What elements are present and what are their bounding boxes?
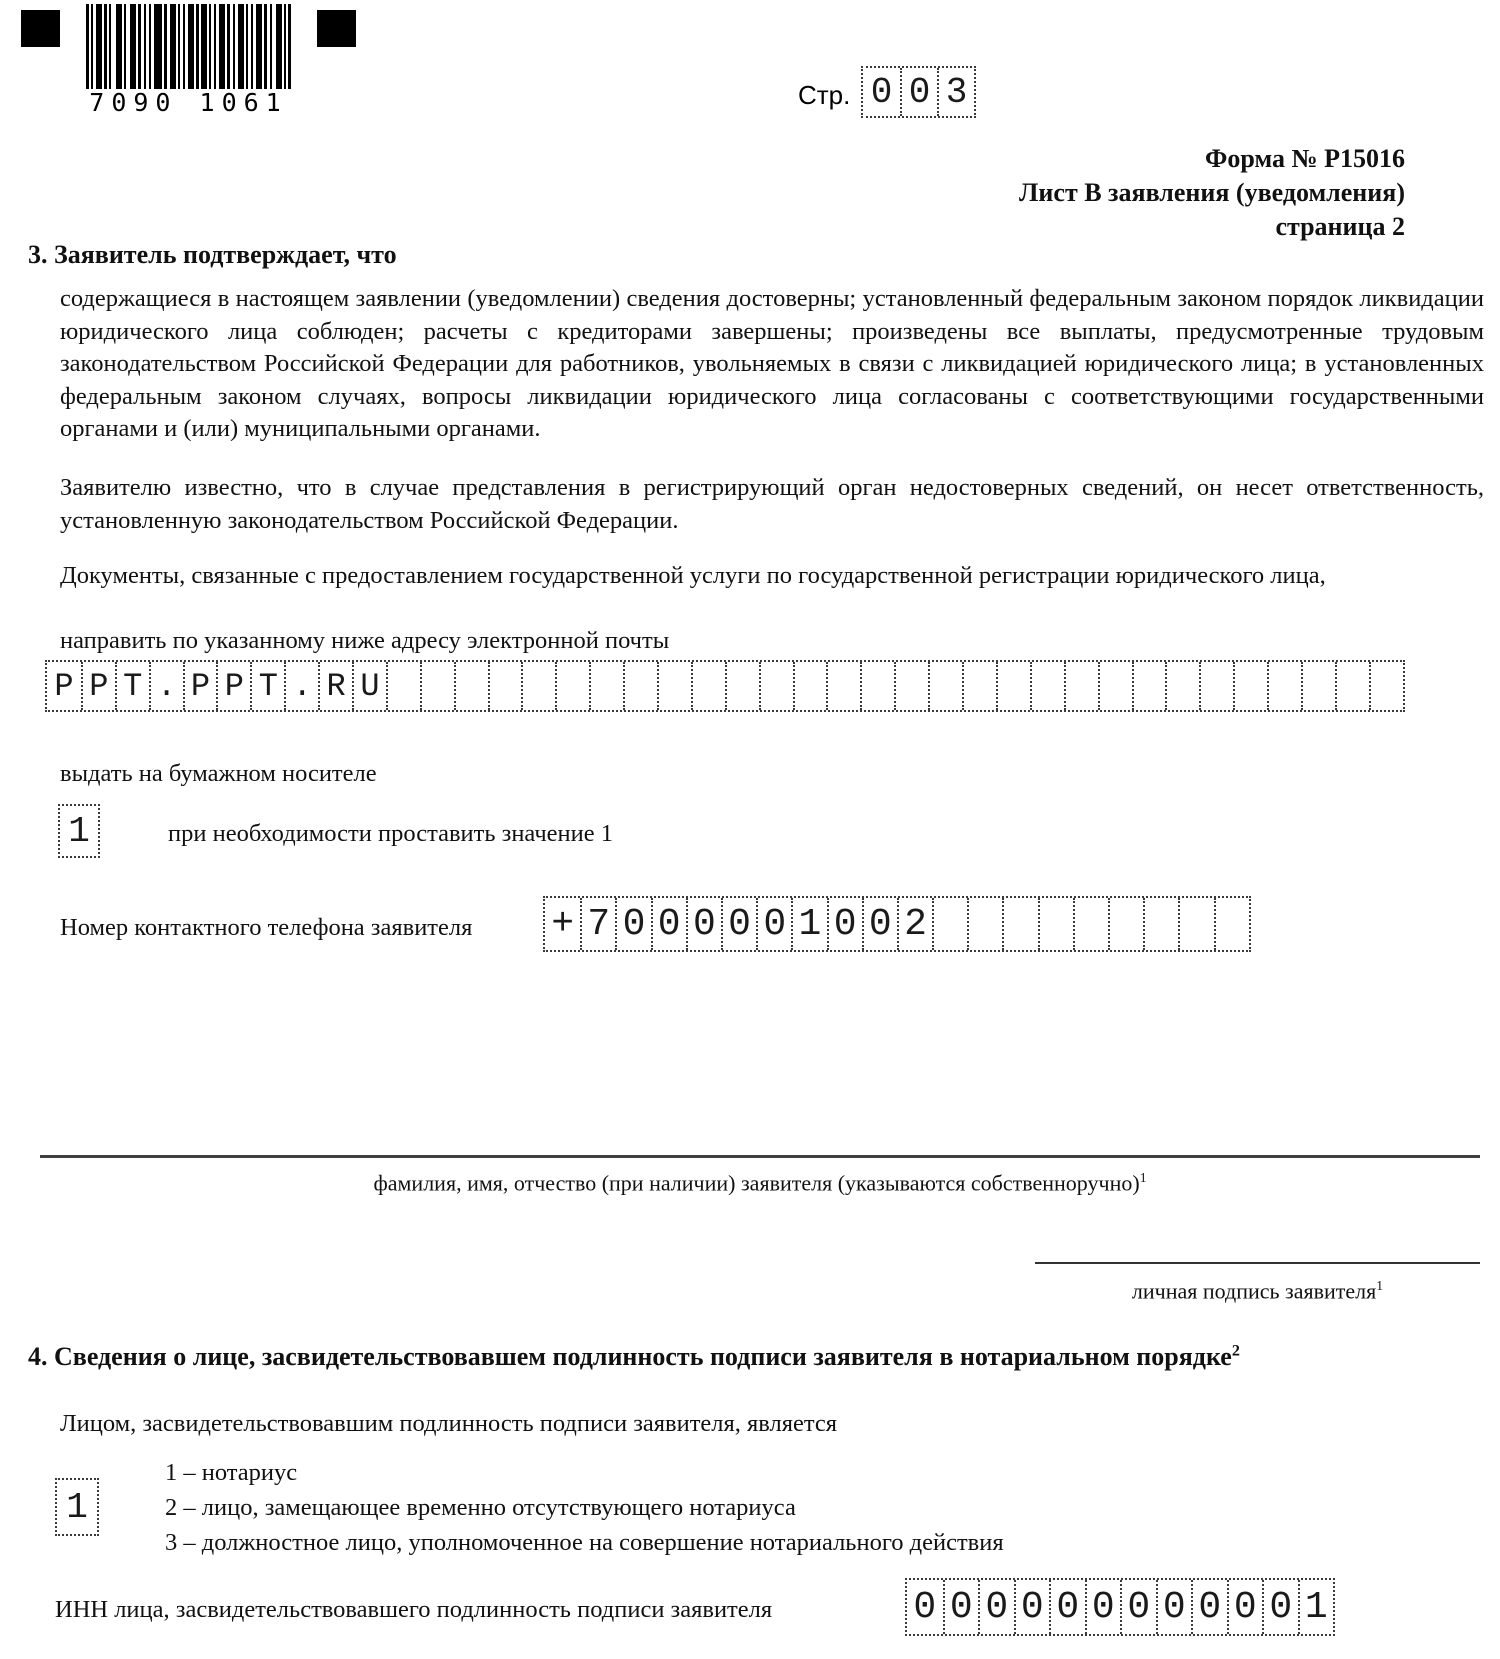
- char-cell: 0: [615, 898, 650, 950]
- char-cell: [555, 662, 589, 710]
- char-cell: [1199, 662, 1233, 710]
- section3-paragraph-1: содержащиеся в настоящем заявлении (увед…: [60, 283, 1484, 446]
- paper-copy-hint: при необходимости проставить значение 1: [168, 818, 613, 851]
- char-cell: 0: [900, 68, 937, 116]
- char-cell: [691, 662, 725, 710]
- char-cell: [623, 662, 657, 710]
- char-cell: 0: [1085, 1580, 1121, 1634]
- char-cell: 0: [1227, 1580, 1263, 1634]
- paper-copy-label: выдать на бумажном носителе: [60, 758, 377, 791]
- char-cell: [1073, 898, 1108, 950]
- fio-line: [40, 1155, 1480, 1158]
- char-cell: 7: [580, 898, 615, 950]
- char-cell: [962, 662, 996, 710]
- char-cell: [759, 662, 793, 710]
- barcode-graphic: [86, 4, 291, 94]
- fio-caption: фамилия, имя, отчество (при наличии) зая…: [40, 1170, 1480, 1196]
- char-cell: 0: [863, 68, 900, 116]
- char-cell: [996, 662, 1030, 710]
- char-cell: 0: [862, 898, 897, 950]
- char-cell: [1214, 898, 1249, 950]
- char-cell: 0: [943, 1580, 979, 1634]
- phone-label: Номер контактного телефона заявителя: [60, 912, 472, 945]
- char-cell: 0: [1049, 1580, 1085, 1634]
- char-cell: [1098, 662, 1132, 710]
- char-cell: 0: [721, 898, 756, 950]
- footnote-marker: 1: [1376, 1278, 1383, 1293]
- certifier-options: 1 – нотариус 2 – лицо, замещающее времен…: [165, 1455, 1004, 1560]
- char-cell: 1: [57, 1480, 97, 1534]
- char-cell: [1267, 662, 1301, 710]
- char-cell: [1038, 898, 1073, 950]
- char-cell: 0: [756, 898, 791, 950]
- inn-field: 000000000001: [905, 1578, 1335, 1636]
- char-cell: 0: [1014, 1580, 1050, 1634]
- char-cell: 0: [1120, 1580, 1156, 1634]
- footnote-marker: 2: [1232, 1342, 1240, 1359]
- char-cell: 2: [897, 898, 932, 950]
- char-cell: 0: [686, 898, 721, 950]
- footnote-marker: 1: [1140, 1170, 1147, 1185]
- paper-copy-field: 1: [58, 804, 100, 858]
- char-cell: 3: [937, 68, 974, 116]
- barcode-number: 7090 1061: [70, 88, 307, 117]
- form-page-subtitle: страница 2: [1019, 210, 1405, 244]
- email-field: PPT.PPT.RU: [45, 660, 1405, 712]
- signature-caption: личная подпись заявителя1: [1035, 1278, 1480, 1304]
- char-cell: 0: [1156, 1580, 1192, 1634]
- char-cell: 0: [827, 898, 862, 950]
- char-cell: +: [545, 898, 580, 950]
- certifier-option-1: 1 – нотариус: [165, 1455, 1004, 1490]
- char-cell: T: [250, 662, 284, 710]
- char-cell: [928, 662, 962, 710]
- char-cell: 1: [1298, 1580, 1334, 1634]
- char-cell: [793, 662, 827, 710]
- char-cell: [932, 898, 967, 950]
- char-cell: [386, 662, 420, 710]
- page-number-cells: 003: [861, 66, 976, 118]
- char-cell: .: [149, 662, 183, 710]
- section3-paragraph-3: Документы, связанные с предоставлением г…: [60, 560, 1484, 593]
- certifier-option-3: 3 – должностное лицо, уполномоченное на …: [165, 1525, 1004, 1560]
- char-cell: T: [115, 662, 149, 710]
- char-cell: [1369, 662, 1403, 710]
- char-cell: [420, 662, 454, 710]
- section3-title: 3. Заявитель подтверждает, что: [28, 240, 397, 270]
- char-cell: [826, 662, 860, 710]
- char-cell: [1301, 662, 1335, 710]
- char-cell: [657, 662, 691, 710]
- corner-square-right: [317, 10, 356, 47]
- char-cell: U: [352, 662, 386, 710]
- section3-paragraph-2: Заявителю известно, что в случае предста…: [60, 472, 1484, 537]
- form-page: 7090 1061 Стр. 003 Форма № Р15016 Лист В…: [0, 0, 1500, 1659]
- page-label: Стр.: [798, 80, 850, 111]
- char-cell: [454, 662, 488, 710]
- char-cell: [488, 662, 522, 710]
- char-cell: [1165, 662, 1199, 710]
- inn-label: ИНН лица, засвидетельствовавшего подлинн…: [55, 1594, 772, 1627]
- char-cell: [1132, 662, 1166, 710]
- char-cell: P: [47, 662, 81, 710]
- char-cell: [1233, 662, 1267, 710]
- certifier-code-field: 1: [55, 1478, 99, 1536]
- char-cell: [725, 662, 759, 710]
- char-cell: P: [81, 662, 115, 710]
- char-cell: 0: [1191, 1580, 1227, 1634]
- char-cell: 0: [651, 898, 686, 950]
- char-cell: 0: [978, 1580, 1014, 1634]
- char-cell: [1002, 898, 1037, 950]
- char-cell: [521, 662, 555, 710]
- char-cell: P: [216, 662, 250, 710]
- char-cell: [1108, 898, 1143, 950]
- char-cell: [1064, 662, 1098, 710]
- form-sheet-title: Лист В заявления (уведомления): [1019, 176, 1405, 210]
- char-cell: [1335, 662, 1369, 710]
- char-cell: [1030, 662, 1064, 710]
- char-cell: 1: [791, 898, 826, 950]
- email-instruction: направить по указанному ниже адресу элек…: [60, 625, 1484, 658]
- char-cell: .: [284, 662, 318, 710]
- char-cell: [1178, 898, 1213, 950]
- char-cell: [860, 662, 894, 710]
- signature-line: [1035, 1262, 1480, 1264]
- char-cell: [589, 662, 623, 710]
- form-header: Форма № Р15016 Лист В заявления (уведомл…: [1019, 142, 1405, 244]
- char-cell: 1: [60, 806, 98, 856]
- form-number: Форма № Р15016: [1019, 142, 1405, 176]
- certifier-option-2: 2 – лицо, замещающее временно отсутствую…: [165, 1490, 1004, 1525]
- char-cell: P: [183, 662, 217, 710]
- char-cell: 0: [907, 1580, 943, 1634]
- section4-intro: Лицом, засвидетельствовавшим подлинность…: [60, 1408, 1484, 1441]
- char-cell: [1143, 898, 1178, 950]
- char-cell: [894, 662, 928, 710]
- char-cell: R: [318, 662, 352, 710]
- char-cell: 0: [1262, 1580, 1298, 1634]
- corner-square-left: [21, 10, 60, 47]
- char-cell: [967, 898, 1002, 950]
- section4-title: 4. Сведения о лице, засвидетельствовавше…: [28, 1342, 1240, 1372]
- phone-field: +7000001002: [543, 896, 1251, 952]
